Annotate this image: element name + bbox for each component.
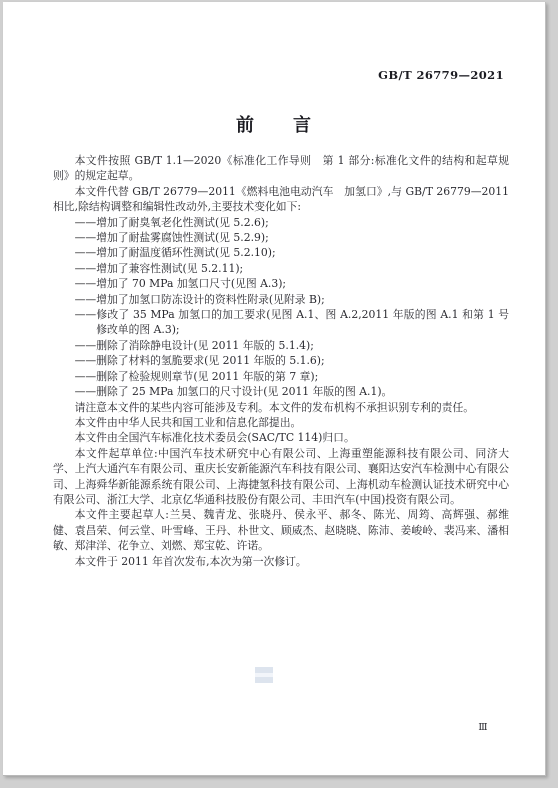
scan-canvas: GB/T 26779—2021 前 言 本文件按照 GB/T 1.1—2020《… (0, 0, 558, 788)
foreword-list-item: ——删除了检验规则章节(见 2011 年版的第 7 章); (53, 369, 509, 384)
foreword-paragraph: 本文件按照 GB/T 1.1—2020《标准化工作导则 第 1 部分:标准化文件… (53, 153, 509, 184)
foreword-list-item: ——增加了耐温度循环性测试(见 5.2.10); (53, 245, 509, 260)
foreword-body: 本文件按照 GB/T 1.1—2020《标准化工作导则 第 1 部分:标准化文件… (53, 153, 509, 569)
scan-watermark-band (255, 673, 273, 677)
foreword-paragraph: 本文件主要起草人:兰昊、魏青龙、张晓丹、侯永平、郝冬、陈光、周筠、高辉强、郝维健… (53, 507, 509, 553)
foreword-list-item: ——增加了加氢口防冻设计的资料性附录(见附录 B); (53, 292, 509, 307)
foreword-list-item: ——增加了耐臭氧老化性测试(见 5.2.6); (53, 215, 509, 230)
foreword-list-item: ——增加了兼容性测试(见 5.2.11); (53, 261, 509, 276)
page-number: Ⅲ (478, 722, 488, 733)
foreword-paragraph: 请注意本文件的某些内容可能涉及专利。本文件的发布机构不承担识别专利的责任。 (53, 400, 509, 415)
foreword-list-item: ——删除了 25 MPa 加氢口的尺寸设计(见 2011 年版的图 A.1)。 (53, 384, 509, 399)
page-header: GB/T 26779—2021 (53, 64, 504, 83)
foreword-paragraph: 本文件起草单位:中国汽车技术研究中心有限公司、上海重塑能源科技有限公司、同济大学… (53, 446, 509, 508)
foreword-list-item: ——删除了消除静电设计(见 2011 年版的 5.1.4); (53, 338, 509, 353)
foreword-list-item: ——增加了 70 MPa 加氢口尺寸(见图 A.3); (53, 276, 509, 291)
foreword-paragraph: 本文件由中华人民共和国工业和信息化部提出。 (53, 415, 509, 430)
standard-code: GB/T 26779—2021 (378, 68, 504, 82)
foreword-list-item: ——删除了材料的氢脆要求(见 2011 年版的 5.1.6); (53, 353, 509, 368)
foreword-paragraph: 本文件由全国汽车标准化技术委员会(SAC/TC 114)归口。 (53, 430, 509, 445)
scan-watermark-artifact (255, 667, 273, 683)
foreword-paragraph: 本文件于 2011 年首次发布,本次为第一次修订。 (53, 554, 509, 569)
page-title: 前 言 (3, 111, 545, 137)
foreword-list-item: ——增加了耐盐雾腐蚀性测试(见 5.2.9); (53, 230, 509, 245)
foreword-paragraph: 本文件代替 GB/T 26779—2011《燃料电池电动汽车 加氢口》,与 GB… (53, 184, 509, 215)
foreword-list-item: ——修改了 35 MPa 加氢口的加工要求(见图 A.1、图 A.2,2011 … (53, 307, 509, 338)
document-page: GB/T 26779—2021 前 言 本文件按照 GB/T 1.1—2020《… (3, 2, 546, 776)
